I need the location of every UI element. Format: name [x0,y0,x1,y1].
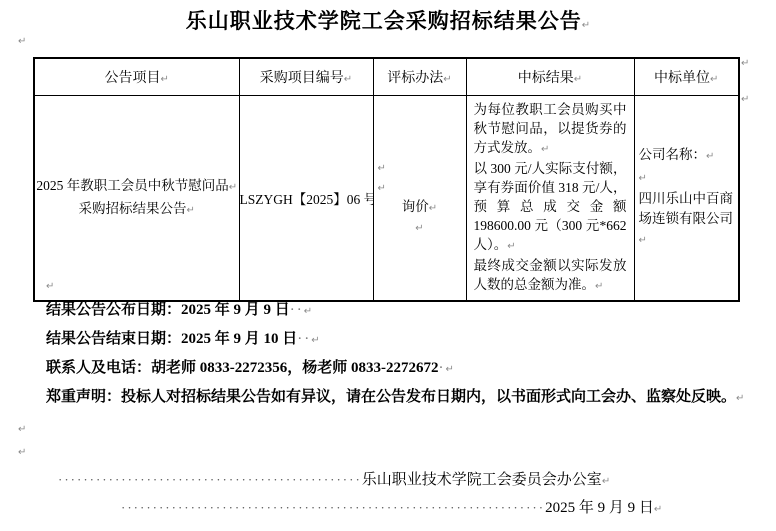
signature-date-line: ········································… [121,496,662,517]
paragraph-mark: ↵ [18,36,26,47]
signature-date-text: 2025 年 9 月 9 日 [545,500,654,516]
paragraph-mark: ↵ [706,151,714,162]
info-section: 结果公告公布日期：2025 年 9 月 9 日··↵ 结果公告结束日期：2025… [46,296,744,412]
paragraph-mark: ↵ [229,182,237,193]
row-end-mark: ↵ [741,58,749,69]
paragraph-mark: ↵ [378,183,386,194]
header-project-number: 采购项目编号↵ [239,58,373,95]
paragraph-mark: ↵ [161,74,169,85]
header-evaluation-method: 评标办法↵ [373,58,466,95]
table-header-row: 公告项目↵ 采购项目编号↵ 评标办法↵ 中标结果↵ 中标单位↵ [34,58,739,95]
publish-date-text: 结果公告公布日期：2025 年 9 月 9 日 [46,302,290,318]
bid-result-paragraph-2: 以 300 元/人实际支付额，享有券面价值 318 元/人，预算总成交金额 19… [474,159,627,256]
space-dots: ········································… [58,472,362,487]
paragraph-mark: ↵ [378,163,386,174]
space-dots: ········································… [121,500,545,515]
project-number-text: LSZYGH【2025】06 号 [240,192,374,207]
paragraph-mark: ↵ [710,74,718,85]
cell-project-number: LSZYGH【2025】06 号↵ [239,95,373,301]
bid-result-table: 公告项目↵ 采购项目编号↵ 评标办法↵ 中标结果↵ 中标单位↵ 2025 年教职… [33,57,740,302]
cell-announcement-project: 2025 年教职工会员中秋节慰问品↵ 采购招标结果公告↵ [34,95,239,301]
empty-paragraph: ↵ [639,167,735,189]
publish-date-line: 结果公告公布日期：2025 年 9 月 9 日··↵ [46,296,744,325]
bid-result-paragraph-1: 为每位教职工会员购买中秋节慰问品，以提货券的方式发放。↵ [474,100,627,159]
bid-result-text: 最终成交金额以实际发放人数的总金额为准。 [474,258,627,292]
paragraph-mark: ↵ [574,74,582,85]
paragraph-mark: ↵ [595,281,603,292]
winner-label-text: 公司名称： [639,147,707,162]
contacts-line: 联系人及电话：胡老师 0833-2272356，杨老师 0833-2272672… [46,354,744,383]
winner-label-line: 公司名称：↵ [639,145,735,167]
announcement-text: 采购招标结果公告 [79,201,187,216]
header-announcement-project: 公告项目↵ [34,58,239,95]
paragraph-mark: ↵ [344,74,352,85]
paragraph-mark: ↵ [736,393,744,404]
empty-paragraph: ↵ [374,218,466,238]
paragraph-mark: ↵ [311,335,319,346]
header-label: 采购项目编号 [260,71,344,86]
space-dots: ·· [297,331,311,347]
statement-text: 郑重声明：投标人对招标结果公告如有异议，请在公告发布日期内，以书面形式向工会办、… [46,389,736,405]
paragraph-mark: ↵ [187,205,195,216]
paragraph-mark: ↵ [429,203,437,214]
bid-result-text: 为每位教职工会员购买中秋节慰问品，以提货券的方式发放。 [474,102,627,155]
paragraph-mark: ↵ [507,241,515,252]
paragraph-mark: ↵ [602,476,610,487]
signature-org-line: ········································… [58,468,610,489]
evaluation-method-text: 询价 [402,199,429,214]
header-label: 评标办法 [387,71,443,86]
paragraph-mark: ↵ [415,223,423,234]
paragraph-mark: ↵ [304,306,312,317]
header-label: 公告项目 [105,71,161,86]
winner-name-line: 四川乐山中百商场连锁有限公司↵ [639,189,735,251]
paragraph-mark: ↵ [639,173,647,184]
announcement-text: 2025 年教职工会员中秋节慰问品 [36,178,228,193]
end-date-line: 结果公告结束日期：2025 年 9 月 10 日··↵ [46,325,744,354]
paragraph-mark: ↵ [582,20,590,31]
paragraph-mark: ↵ [18,447,26,458]
document-page: 乐山职业技术学院工会采购招标结果公告↵ ↵ 公告项目↵ 采购项目编号↵ 评标办法… [0,0,776,531]
paragraph-mark: ↵ [446,364,454,375]
cell-evaluation-method: ↵ ↵ 询价↵ ↵ [373,95,466,301]
space-dots: ·· [290,302,304,318]
page-title: 乐山职业技术学院工会采购招标结果公告↵ [0,5,776,35]
empty-paragraph: ↵ [374,178,466,198]
header-label: 中标结果 [518,71,574,86]
cell-bid-result: 为每位教职工会员购买中秋节慰问品，以提货券的方式发放。↵ 以 300 元/人实际… [466,95,634,301]
space-dots: · [439,360,446,376]
page-title-text: 乐山职业技术学院工会采购招标结果公告 [186,9,582,33]
paragraph-mark: ↵ [443,74,451,85]
contacts-text: 联系人及电话：胡老师 0833-2272356，杨老师 0833-2272672 [46,360,439,376]
paragraph-mark: ↵ [654,504,662,515]
paragraph-mark: ↵ [18,424,26,435]
paragraph-mark: ↵ [541,144,549,155]
signature-org-text: 乐山职业技术学院工会委员会办公室 [362,472,602,488]
winner-name-text: 四川乐山中百商场连锁有限公司 [639,191,734,226]
table-data-row: 2025 年教职工会员中秋节慰问品↵ 采购招标结果公告↵ LSZYGH【2025… [34,95,739,301]
paragraph-mark: ↵ [46,281,54,292]
statement-line: 郑重声明：投标人对招标结果公告如有异议，请在公告发布日期内，以书面形式向工会办、… [46,383,744,412]
paragraph-mark: ↵ [639,235,647,246]
empty-paragraph: ↵ [374,158,466,178]
header-bid-result: 中标结果↵ [466,58,634,95]
row-end-mark: ↵ [741,94,749,105]
evaluation-method-line: 询价↵ [374,198,466,218]
end-date-text: 结果公告结束日期：2025 年 9 月 10 日 [46,331,297,347]
announcement-title-line1: 2025 年教职工会员中秋节慰问品↵ [35,175,239,198]
header-label: 中标单位 [654,71,710,86]
header-winning-unit: 中标单位↵ [634,58,739,95]
bid-result-text: 以 300 元/人实际支付额，享有券面价值 318 元/人，预算总成交金额 19… [474,161,627,252]
cell-winning-unit: 公司名称：↵ ↵ 四川乐山中百商场连锁有限公司↵ [634,95,739,301]
announcement-title-line2: 采购招标结果公告↵ [35,198,239,221]
bid-result-paragraph-3: 最终成交金额以实际发放人数的总金额为准。↵ [474,256,627,296]
